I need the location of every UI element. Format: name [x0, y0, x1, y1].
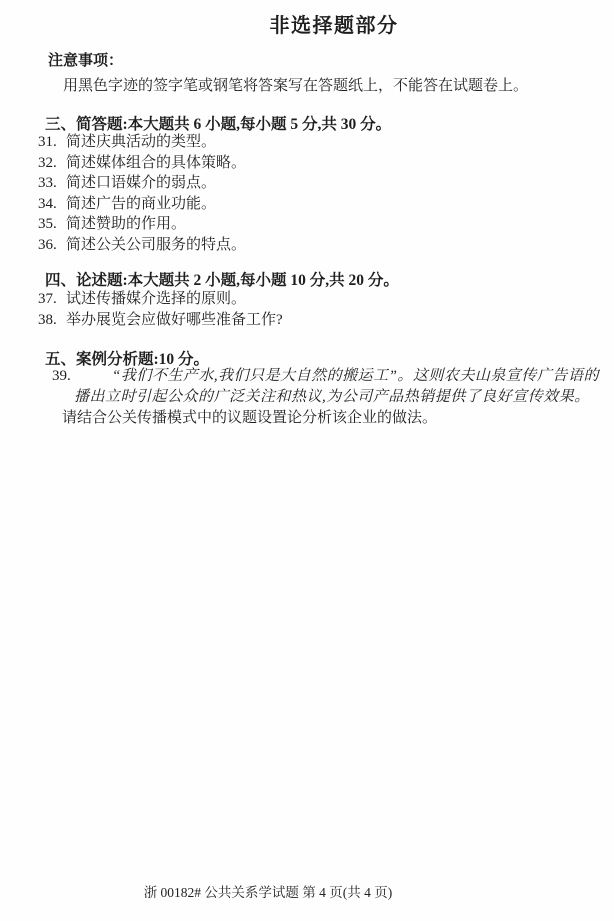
- question-number: 32.: [38, 153, 62, 174]
- question-number: 37.: [38, 289, 62, 310]
- page-footer: 浙 00182# 公共关系学试题 第 4 页(共 4 页): [144, 881, 393, 901]
- question-number: 38.: [38, 310, 62, 331]
- question-row: 35.简述赞助的作用。: [38, 214, 578, 235]
- question-number: 35.: [38, 214, 62, 235]
- question-row: 38.举办展览会应做好哪些准备工作?: [38, 310, 578, 331]
- question-number: 36.: [38, 235, 62, 256]
- notice-heading: 注意事项：: [48, 49, 123, 70]
- essay-question-list: 37.试述传播媒介选择的原则。 38.举办展览会应做好哪些准备工作?: [38, 289, 578, 330]
- question-row: 31.简述庆典活动的类型。: [38, 132, 578, 153]
- short-answer-question-list: 31.简述庆典活动的类型。 32.简述媒体组合的具体策略。 33.简述口语媒介的…: [38, 132, 578, 255]
- question-number: 39.: [52, 366, 71, 387]
- section-heading-essay: 四、论述题:本大题共 2 小题,每小题 10 分,共 20 分。: [45, 268, 399, 290]
- section-heading-short-answer: 三、简答题:本大题共 6 小题,每小题 5 分,共 30 分。: [45, 112, 391, 134]
- question-text: 简述媒体组合的具体策略。: [66, 155, 246, 171]
- question-row: 32.简述媒体组合的具体策略。: [38, 153, 578, 174]
- case-instruction-text: 请结合公关传播模式中的议题设置论分析该企业的做法。: [62, 408, 606, 429]
- question-number: 31.: [38, 132, 62, 153]
- question-text: 举办展览会应做好哪些准备工作?: [66, 312, 283, 328]
- page-title: 非选择题部分: [27, 9, 614, 38]
- question-text: 简述公关公司服务的特点。: [66, 237, 246, 253]
- question-text: 简述庆典活动的类型。: [66, 134, 216, 150]
- question-row: 34.简述广告的商业功能。: [38, 194, 578, 215]
- question-number: 34.: [38, 194, 62, 215]
- exam-page: 非选择题部分 注意事项： 用黑色字迹的签字笔或钢笔将答案写在答题纸上，不能答在试…: [0, 0, 614, 921]
- question-text: 简述赞助的作用。: [66, 216, 186, 232]
- question-text: 试述传播媒介选择的原则。: [66, 291, 246, 307]
- question-text: 简述广告的商业功能。: [66, 196, 216, 212]
- question-number: 33.: [38, 173, 62, 194]
- question-row: 36.简述公关公司服务的特点。: [38, 235, 578, 256]
- case-question: 39. “我们不生产水,我们只是大自然的搬运工”。这则农夫山泉宣传广告语的播出立…: [74, 366, 606, 429]
- case-quote-text: “我们不生产水,我们只是大自然的搬运工”。这则农夫山泉宣传广告语的播出立时引起公…: [74, 366, 604, 407]
- question-row: 37.试述传播媒介选择的原则。: [38, 289, 578, 310]
- question-text: 简述口语媒介的弱点。: [66, 175, 216, 191]
- question-row: 33.简述口语媒介的弱点。: [38, 173, 578, 194]
- notice-body: 用黑色字迹的签字笔或钢笔将答案写在答题纸上，不能答在试题卷上。: [63, 76, 573, 96]
